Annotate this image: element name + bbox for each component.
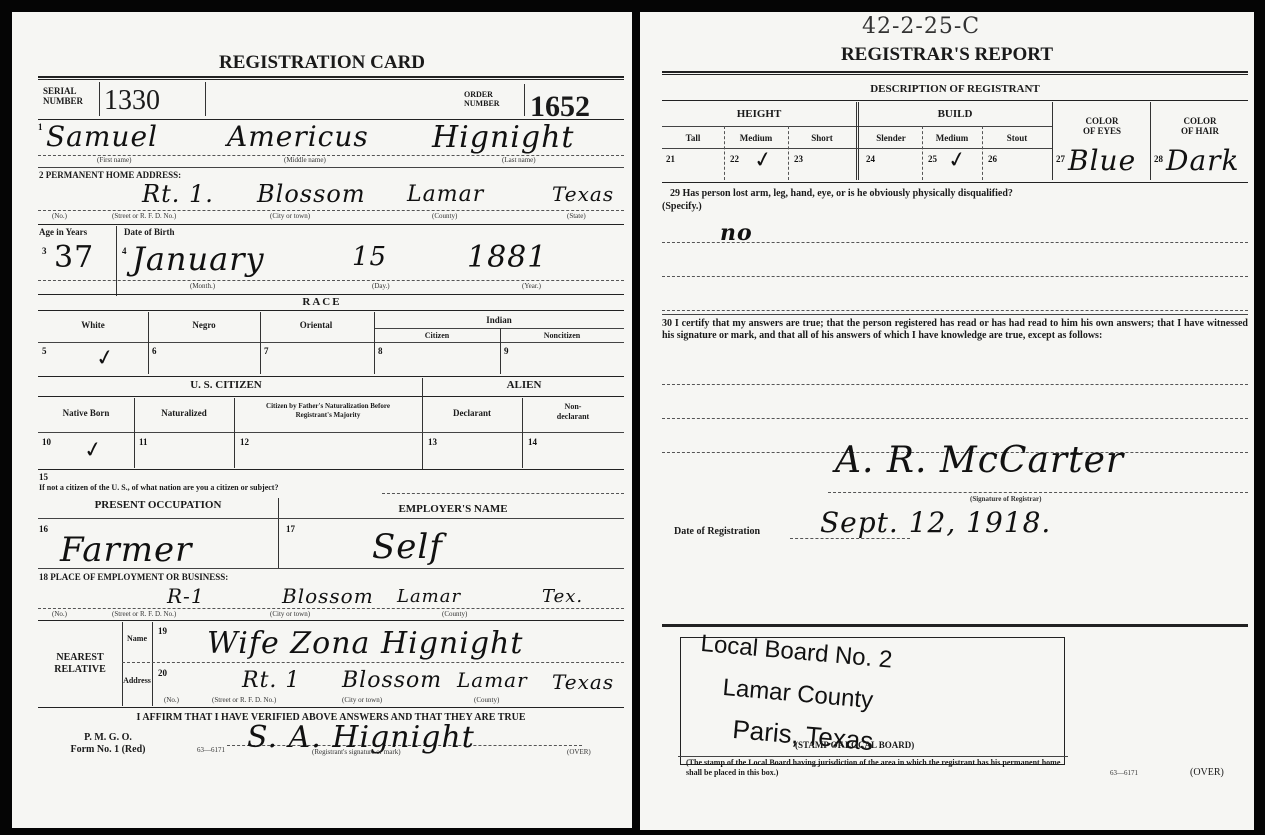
relative-county: Lamar <box>457 668 528 692</box>
relative-rfd: Rt. 1 <box>242 668 300 693</box>
address-county: Lamar <box>407 182 484 207</box>
birth-day: 15 <box>352 242 387 272</box>
top-number: 42-2-25-C <box>862 14 980 39</box>
employment-city: Blossom <box>282 584 374 608</box>
nearest-relative-label: NEAREST RELATIVE <box>38 652 122 676</box>
employer-value: Self <box>372 527 443 567</box>
white-check: ✓ <box>94 345 116 373</box>
first-name: Samuel <box>46 120 158 153</box>
registrars-report-back: 42-2-25-C REGISTRAR'S REPORT DESCRIPTION… <box>640 12 1254 830</box>
age-value: 37 <box>54 240 94 275</box>
native-born-check: ✓ <box>82 437 104 465</box>
birth-year: 1881 <box>467 240 547 275</box>
address-city: Blossom <box>257 180 366 208</box>
height-medium-check: ✓ <box>752 147 774 175</box>
occupation-value: Farmer <box>60 530 192 570</box>
employment-county: Lamar <box>397 586 461 607</box>
registrar-signature: A. R. McCarter <box>835 440 1124 481</box>
middle-name: Americus <box>227 120 369 153</box>
description-heading: DESCRIPTION OF REGISTRANT <box>662 83 1248 95</box>
race-heading: RACE <box>12 296 632 308</box>
form-id: P. M. G. O. Form No. 1 (Red) <box>48 732 168 756</box>
order-label: ORDER NUMBER <box>464 90 500 108</box>
hair-heading: COLOR OF HAIR <box>1152 116 1248 136</box>
stamp-note: (The stamp of the Local Board having jur… <box>686 758 1066 778</box>
certification-text: 30 I certify that my answers are true; t… <box>662 318 1248 342</box>
divider <box>38 76 624 80</box>
hair-color-value: Dark <box>1166 144 1240 177</box>
eyes-heading: COLOR OF EYES <box>1054 116 1150 136</box>
relative-state: Texas <box>552 670 614 694</box>
card-title: REGISTRATION CARD <box>12 52 632 74</box>
relative-city: Blossom <box>342 668 442 693</box>
last-name: Hignight <box>432 120 574 155</box>
build-medium-check: ✓ <box>946 147 968 175</box>
serial-label: SERIAL NUMBER <box>43 86 83 106</box>
eye-color-value: Blue <box>1068 144 1136 177</box>
address-state: Texas <box>552 182 614 206</box>
birth-month: January <box>132 240 265 278</box>
relative-name: Wife Zona Hignight <box>207 626 523 661</box>
report-title: REGISTRAR'S REPORT <box>640 44 1254 66</box>
serial-number: 1330 <box>104 85 160 117</box>
registration-date: Sept. 12, 1918. <box>820 506 1051 539</box>
registration-card-front: REGISTRATION CARD SERIAL NUMBER 1330 ORD… <box>12 12 632 828</box>
address-label: 2 PERMANENT HOME ADDRESS: <box>39 170 181 180</box>
address-rfd: Rt. 1. <box>142 180 214 208</box>
employment-rfd: R-1 <box>167 584 205 608</box>
employment-state: Tex. <box>542 586 583 607</box>
